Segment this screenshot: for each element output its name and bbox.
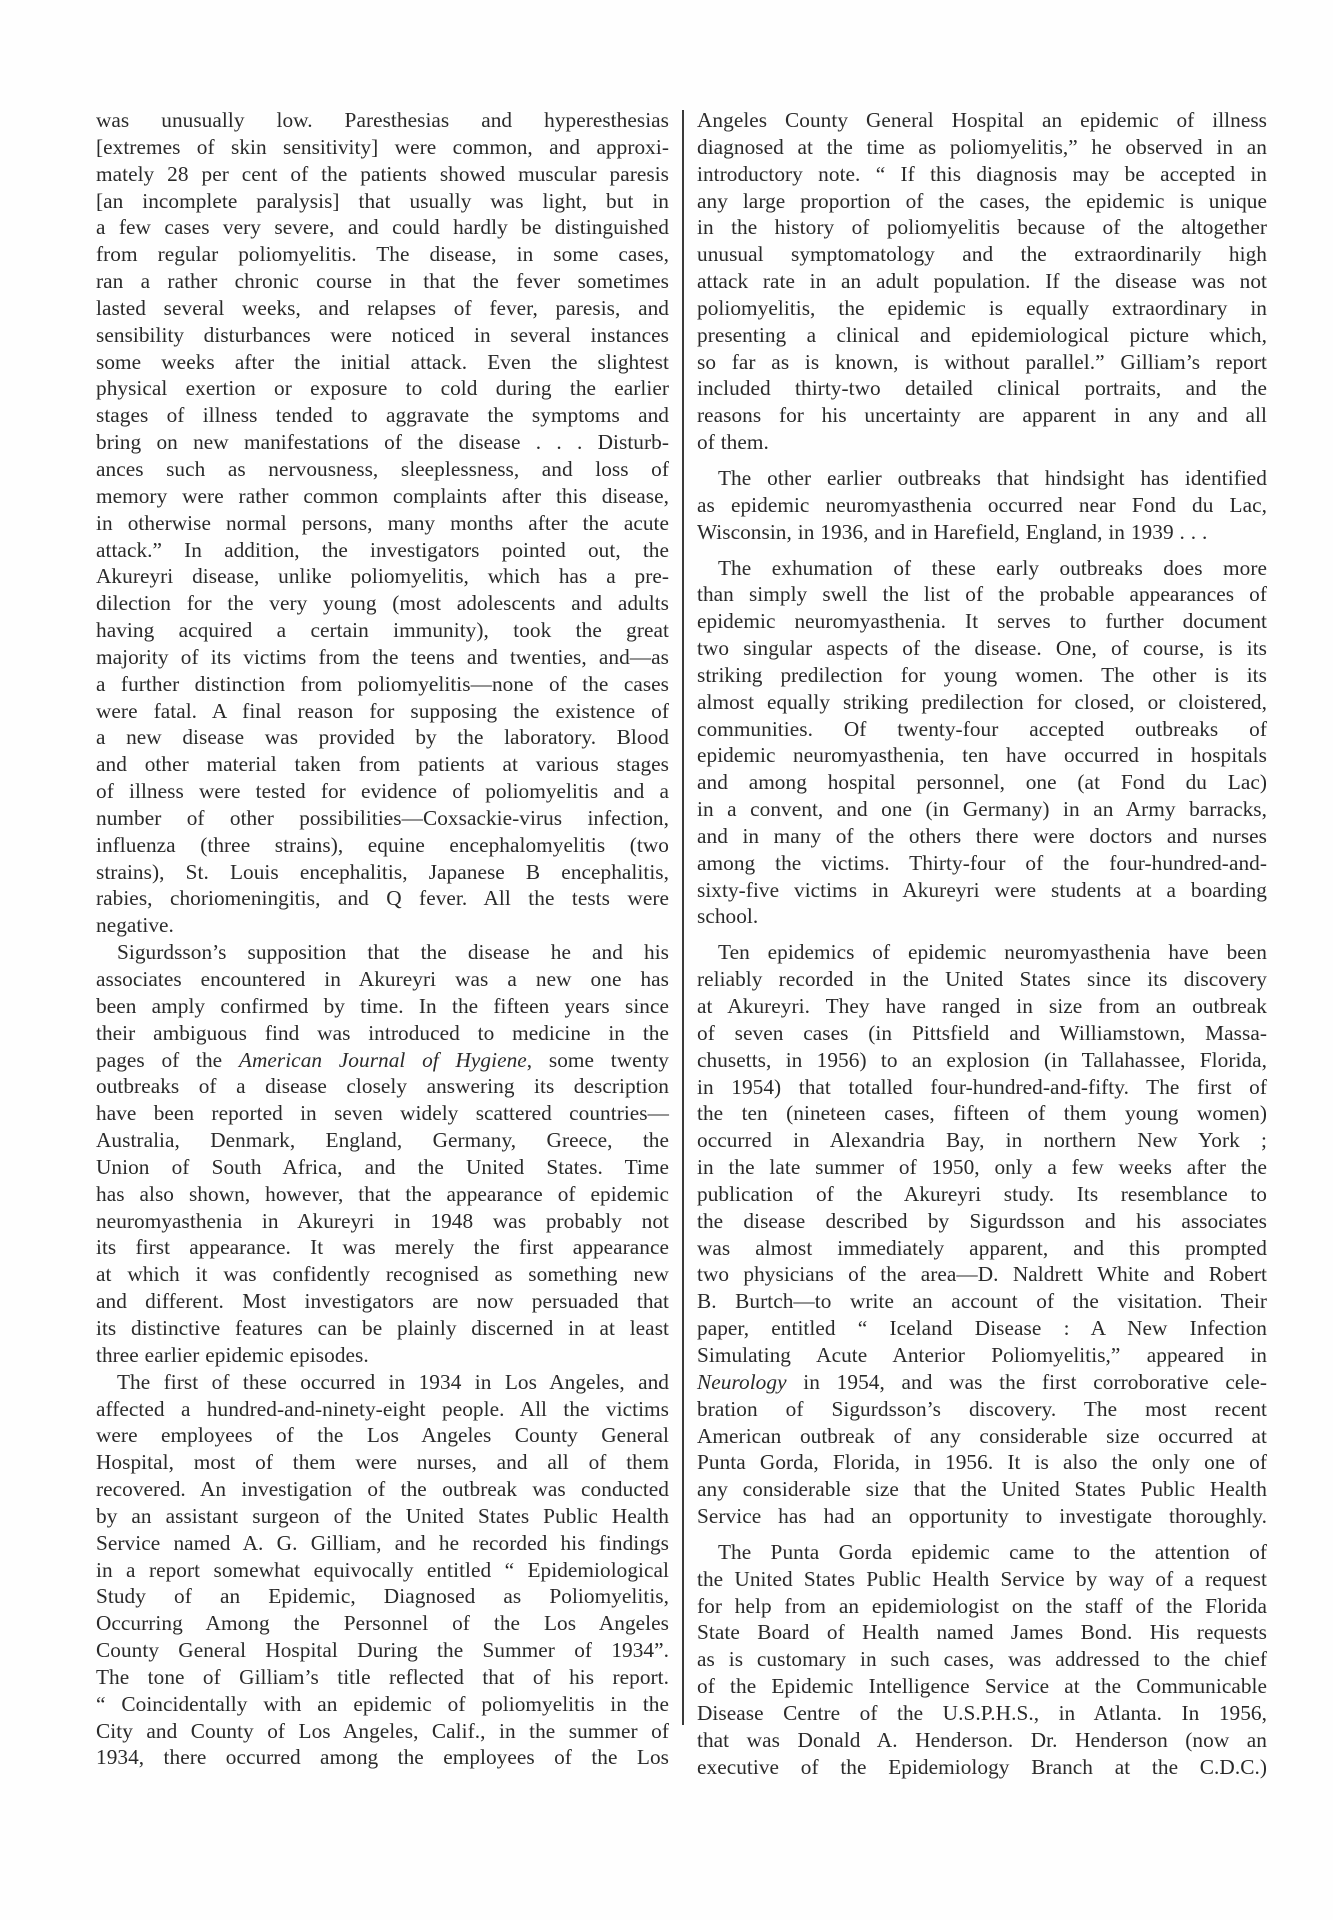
text-line: lasted several weeks, and relapses of fe…: [96, 295, 669, 322]
text-line: any considerable size that the United St…: [697, 1476, 1267, 1503]
text-line: striking predilection for young women. T…: [697, 662, 1267, 689]
text-line: The exhumation of these early outbreaks …: [697, 555, 1267, 582]
text-line: of them.: [697, 429, 1267, 456]
text-line: influenza (three strains), equine enceph…: [96, 832, 669, 859]
text-line: majority of its victims from the teens a…: [96, 644, 669, 671]
text-line: any large proportion of the cases, the e…: [697, 188, 1267, 215]
column-divider-rule: [682, 110, 684, 1725]
text-line: occurred in Alexandria Bay, in northern …: [697, 1127, 1267, 1154]
text-line: introductory note. “ If this diagnosis m…: [697, 161, 1267, 188]
text-line: by an assistant surgeon of the United St…: [96, 1503, 669, 1530]
text-line: was unusually low. Paresthesias and hype…: [96, 107, 669, 134]
text-line: City and County of Los Angeles, Calif., …: [96, 1718, 669, 1745]
text-line: attack.” In addition, the investigators …: [96, 537, 669, 564]
text-line: of the Epidemic Intelligence Service at …: [697, 1673, 1267, 1700]
text-line: were fatal. A final reason for supposing…: [96, 698, 669, 725]
text-line: Wisconsin, in 1936, and in Harefield, En…: [697, 519, 1267, 546]
text-line: neuromyasthenia in Akureyri in 1948 was …: [96, 1208, 669, 1235]
text-line: strains), St. Louis encephalitis, Japane…: [96, 859, 669, 886]
text-line: included thirty-two detailed clinical po…: [697, 375, 1267, 402]
text-line: ran a rather chronic course in that the …: [96, 268, 669, 295]
text-line: three earlier epidemic episodes.: [96, 1342, 669, 1369]
text-line: in the late summer of 1950, only a few w…: [697, 1154, 1267, 1181]
text-line: and different. Most investigators are no…: [96, 1288, 669, 1315]
journal-title: Neurology: [697, 1370, 787, 1394]
text-line: publication of the Akureyri study. Its r…: [697, 1181, 1267, 1208]
text-line: pages of the American Journal of Hygiene…: [96, 1047, 669, 1074]
text-line: Union of South Africa, and the United St…: [96, 1154, 669, 1181]
text-line: number of other possibilities—Coxsackie-…: [96, 805, 669, 832]
text-line: been amply confirmed by time. In the fif…: [96, 993, 669, 1020]
text-line: a few cases very severe, and could hardl…: [96, 214, 669, 241]
text-line: the United States Public Health Service …: [697, 1566, 1267, 1593]
paragraph-gap: [697, 1530, 1267, 1539]
text-line: Australia, Denmark, England, Germany, Gr…: [96, 1127, 669, 1154]
text-line: Ten epidemics of epidemic neuromyastheni…: [697, 939, 1267, 966]
text-line: reasons for his uncertainty are apparent…: [697, 402, 1267, 429]
text-line: Hospital, most of them were nurses, and …: [96, 1449, 669, 1476]
text-line: [extremes of skin sensitivity] were comm…: [96, 134, 669, 161]
text-line: Simulating Acute Anterior Poliomyelitis,…: [697, 1342, 1267, 1369]
text-line: The tone of Gilliam’s title reflected th…: [96, 1664, 669, 1691]
text-line: associates encountered in Akureyri was a…: [96, 966, 669, 993]
text-line: the ten (nineteen cases, fifteen of them…: [697, 1100, 1267, 1127]
text-line: mately 28 per cent of the patients showe…: [96, 161, 669, 188]
text-line: and among hospital personnel, one (at Fo…: [697, 769, 1267, 796]
text-line: County General Hospital During the Summe…: [96, 1637, 669, 1664]
text-line: Disease Centre of the U.S.P.H.S., in Atl…: [697, 1700, 1267, 1727]
text-line: diagnosed at the time as poliomyelitis,”…: [697, 134, 1267, 161]
text-line: almost equally striking predilection for…: [697, 689, 1267, 716]
text-line: among the victims. Thirty-four of the fo…: [697, 850, 1267, 877]
text-line: sensibility disturbances were noticed in…: [96, 322, 669, 349]
text-line: rabies, choriomeningitis, and Q fever. A…: [96, 885, 669, 912]
paragraph-gap: [697, 930, 1267, 939]
text-line: paper, entitled “ Iceland Disease : A Ne…: [697, 1315, 1267, 1342]
text-line: and other material taken from patients a…: [96, 751, 669, 778]
text-line: memory were rather common complaints aft…: [96, 483, 669, 510]
text-line: 1934, there occurred among the employees…: [96, 1744, 669, 1771]
paragraph-gap: [697, 456, 1267, 465]
journal-title: American Journal of Hygiene: [239, 1048, 527, 1072]
document-page: was unusually low. Paresthesias and hype…: [0, 0, 1333, 1920]
text-line: reliably recorded in the United States s…: [697, 966, 1267, 993]
text-line: sixty-five victims in Akureyri were stud…: [697, 877, 1267, 904]
text-line: in otherwise normal persons, many months…: [96, 510, 669, 537]
text-line: negative.: [96, 912, 669, 939]
text-line: presenting a clinical and epidemiologica…: [697, 322, 1267, 349]
right-text-column: Angeles County General Hospital an epide…: [697, 107, 1267, 1780]
text-line: affected a hundred-and-ninety-eight peop…: [96, 1396, 669, 1423]
text-line: in the history of poliomyelitis because …: [697, 214, 1267, 241]
text-line: two singular aspects of the disease. One…: [697, 635, 1267, 662]
text-line: The other earlier outbreaks that hindsig…: [697, 465, 1267, 492]
paragraph-gap: [697, 546, 1267, 555]
text-line: The Punta Gorda epidemic came to the att…: [697, 1539, 1267, 1566]
text-line: attack rate in an adult population. If t…: [697, 268, 1267, 295]
text-line: unusual symptomatology and the extraordi…: [697, 241, 1267, 268]
text-line: from regular poliomyelitis. The disease,…: [96, 241, 669, 268]
text-line: was almost immediately apparent, and thi…: [697, 1235, 1267, 1262]
text-line: Sigurdsson’s supposition that the diseas…: [96, 939, 669, 966]
text-line: Study of an Epidemic, Diagnosed as Polio…: [96, 1583, 669, 1610]
text-line: the disease described by Sigurdsson and …: [697, 1208, 1267, 1235]
text-line: their ambiguous find was introduced to m…: [96, 1020, 669, 1047]
text-line: Angeles County General Hospital an epide…: [697, 107, 1267, 134]
text-line: Punta Gorda, Florida, in 1956. It is als…: [697, 1449, 1267, 1476]
text-line: of illness were tested for evidence of p…: [96, 778, 669, 805]
text-line: were employees of the Los Angeles County…: [96, 1422, 669, 1449]
text-line: dilection for the very young (most adole…: [96, 590, 669, 617]
text-line: bration of Sigurdsson’s discovery. The m…: [697, 1396, 1267, 1423]
text-line: executive of the Epidemiology Branch at …: [697, 1754, 1267, 1781]
text-line: American outbreak of any considerable si…: [697, 1423, 1267, 1450]
text-line: as is customary in such cases, was addre…: [697, 1646, 1267, 1673]
text-line: two physicians of the area—D. Naldrett W…: [697, 1261, 1267, 1288]
text-line: [an incomplete paralysis] that usually w…: [96, 188, 669, 215]
text-line: and in many of the others there were doc…: [697, 823, 1267, 850]
text-line: communities. Of twenty-four accepted out…: [697, 716, 1267, 743]
text-line: for help from an epidemiologist on the s…: [697, 1593, 1267, 1620]
text-line: school.: [697, 903, 1267, 930]
text-line: a new disease was provided by the labora…: [96, 724, 669, 751]
text-line: bring on new manifestations of the disea…: [96, 429, 669, 456]
text-line: recovered. An investigation of the outbr…: [96, 1476, 669, 1503]
text-line: B. Burtch—to write an account of the vis…: [697, 1288, 1267, 1315]
text-line: Service has had an opportunity to invest…: [697, 1503, 1267, 1530]
text-line: ances such as nervousness, sleeplessness…: [96, 456, 669, 483]
text-line: Neurology in 1954, and was the first cor…: [697, 1369, 1267, 1396]
text-line: outbreaks of a disease closely answering…: [96, 1073, 669, 1100]
left-text-column: was unusually low. Paresthesias and hype…: [96, 107, 669, 1771]
text-line: than simply swell the list of the probab…: [697, 581, 1267, 608]
text-line: epidemic neuromyasthenia. It serves to f…: [697, 608, 1267, 635]
text-line: of seven cases (in Pittsfield and Willia…: [697, 1020, 1267, 1047]
text-line: The first of these occurred in 1934 in L…: [96, 1369, 669, 1396]
text-line: in a report somewhat equivocally entitle…: [96, 1557, 669, 1584]
text-line: its distinctive features can be plainly …: [96, 1315, 669, 1342]
text-line: at which it was confidently recognised a…: [96, 1261, 669, 1288]
text-line: a further distinction from poliomyelitis…: [96, 671, 669, 698]
text-line: in 1954) that totalled four-hundred-and-…: [697, 1074, 1267, 1101]
text-line: having acquired a certain immunity), too…: [96, 617, 669, 644]
text-line: State Board of Health named James Bond. …: [697, 1619, 1267, 1646]
text-line: have been reported in seven widely scatt…: [96, 1100, 669, 1127]
text-line: in a convent, and one (in Germany) in an…: [697, 796, 1267, 823]
text-line: Occurring Among the Personnel of the Los…: [96, 1610, 669, 1637]
text-line: poliomyelitis, the epidemic is equally e…: [697, 295, 1267, 322]
text-line: has also shown, however, that the appear…: [96, 1181, 669, 1208]
text-line: epidemic neuromyasthenia, ten have occur…: [697, 742, 1267, 769]
text-line: Service named A. G. Gilliam, and he reco…: [96, 1530, 669, 1557]
text-line: as epidemic neuromyasthenia occurred nea…: [697, 492, 1267, 519]
text-line: chusetts, in 1956) to an explosion (in T…: [697, 1047, 1267, 1074]
text-line: Akureyri disease, unlike poliomyelitis, …: [96, 563, 669, 590]
text-line: at Akureyri. They have ranged in size fr…: [697, 993, 1267, 1020]
text-line: physical exertion or exposure to cold du…: [96, 375, 669, 402]
text-line: so far as is known, is without parallel.…: [697, 349, 1267, 376]
text-line: that was Donald A. Henderson. Dr. Hender…: [697, 1727, 1267, 1754]
text-line: stages of illness tended to aggravate th…: [96, 402, 669, 429]
text-line: its first appearance. It was merely the …: [96, 1234, 669, 1261]
text-line: “ Coincidentally with an epidemic of pol…: [96, 1691, 669, 1718]
text-line: some weeks after the initial attack. Eve…: [96, 349, 669, 376]
